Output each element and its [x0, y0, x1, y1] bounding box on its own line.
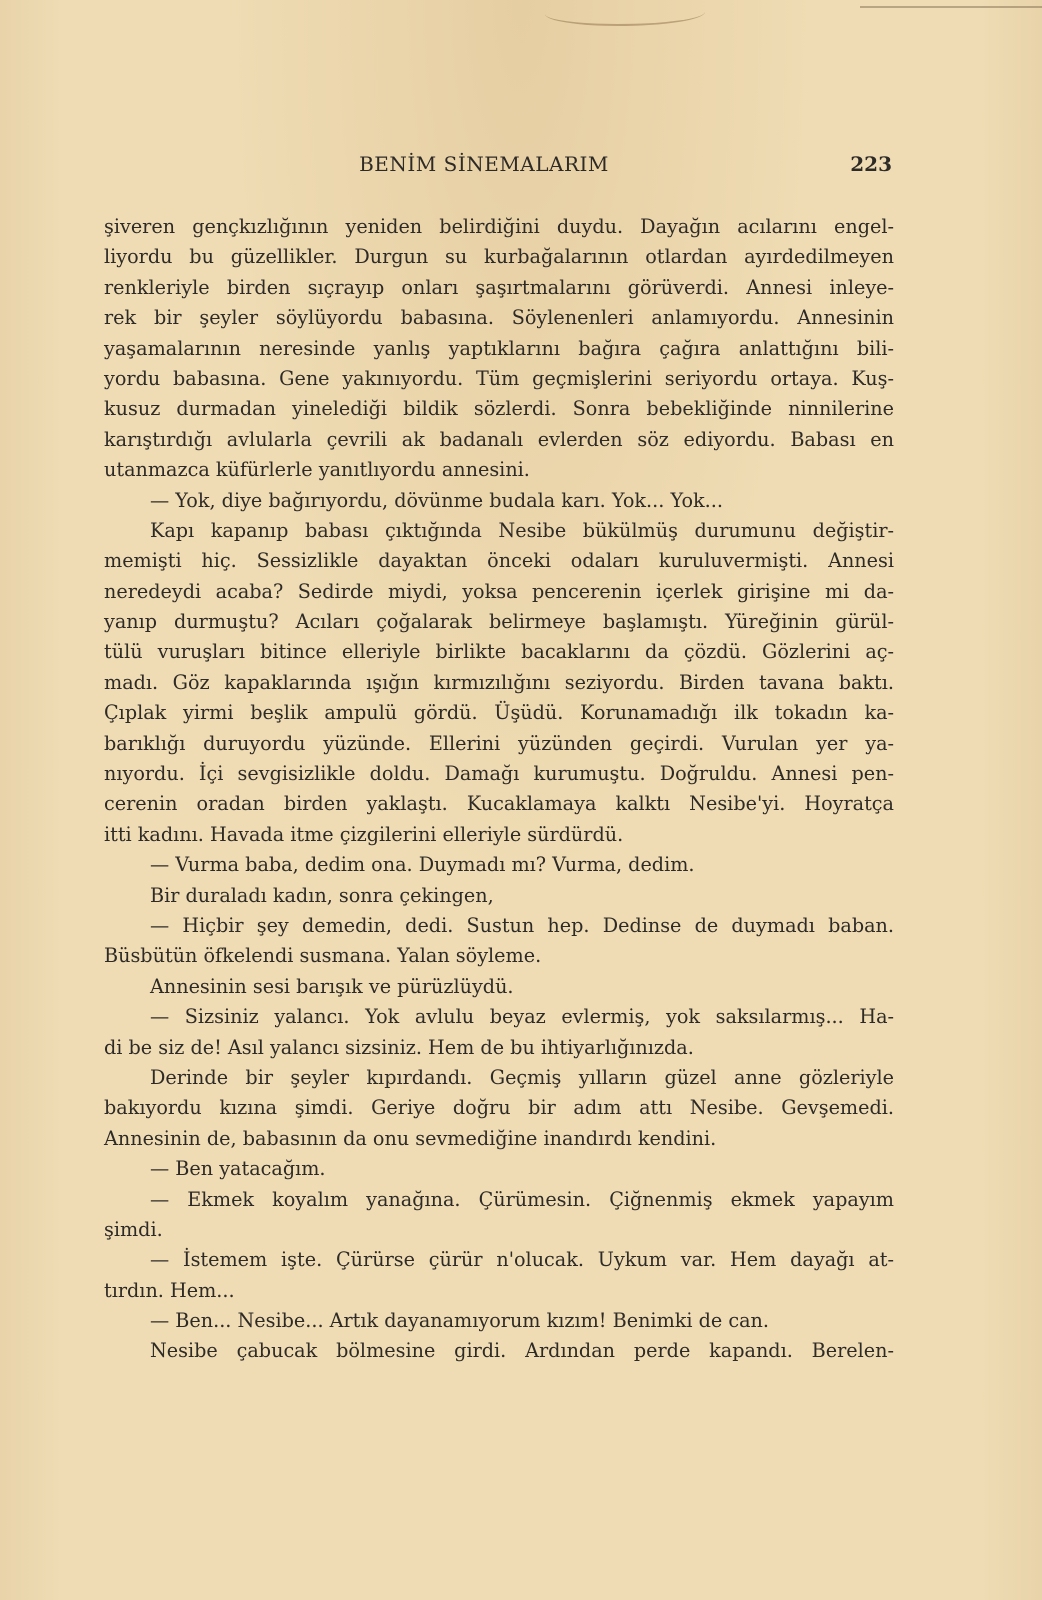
text-line: tülü vuruşları bitince elleriyle birlikt… — [104, 637, 894, 667]
text-line: nıyordu. İçi sevgisizlikle doldu. Damağı… — [104, 759, 894, 789]
text-line: neredeydi acaba? Sedirde miydi, yoksa pe… — [104, 577, 894, 607]
text-line: Derinde bir şeyler kıpırdandı. Geçmiş yı… — [104, 1063, 894, 1093]
text-line: di be siz de! Asıl yalancı sizsiniz. Hem… — [104, 1033, 894, 1063]
running-title: BENİM SİNEMALARIM — [104, 152, 894, 176]
text-line: Annesinin sesi barışık ve pürüzlüydü. — [104, 972, 894, 1002]
running-head: BENİM SİNEMALARIM 223 — [104, 150, 894, 180]
text-line: yordu babasına. Gene yakınıyordu. Tüm ge… — [104, 364, 894, 394]
text-line: yaşamalarının neresinde yanlış yaptıklar… — [104, 334, 894, 364]
text-line: itti kadını. Havada itme çizgilerini ell… — [104, 820, 894, 850]
text-line: Annesinin de, babasının da onu sevmediği… — [104, 1124, 894, 1154]
text-line: utanmazca küfürlerle yanıtlıyordu annesi… — [104, 455, 894, 485]
dialogue-line: — Vurma baba, dedim ona. Duymadı mı? Vur… — [104, 850, 894, 880]
text-line: barıklığı duruyordu yüzünde. Ellerini yü… — [104, 729, 894, 759]
paper-edge-mark — [860, 0, 1042, 8]
text-line: şimdi. — [104, 1215, 894, 1245]
text-line: cerenin oradan birden yaklaştı. Kucaklam… — [104, 789, 894, 819]
dialogue-line: — İstemem işte. Çürürse çürür n'olucak. … — [104, 1245, 894, 1275]
text-line: rek bir şeyler söylüyordu babasına. Söyl… — [104, 303, 894, 333]
page-number: 223 — [850, 152, 892, 176]
text-line: Çıplak yirmi beşlik ampulü gördü. Üşüdü.… — [104, 698, 894, 728]
text-line: Kapı kapanıp babası çıktığında Nesibe bü… — [104, 516, 894, 546]
text-line: Büsbütün öfkelendi susmana. Yalan söylem… — [104, 941, 894, 971]
text-line: madı. Göz kapaklarında ışığın kırmızılığ… — [104, 668, 894, 698]
text-line: Bir duraladı kadın, sonra çekingen, — [104, 881, 894, 911]
text-line: renkleriyle birden sıçrayıp onları şaşır… — [104, 273, 894, 303]
text-line: Nesibe çabucak bölmesine girdi. Ardından… — [104, 1336, 894, 1366]
text-line: yanıp durmuştu? Acıları çoğalarak belirm… — [104, 607, 894, 637]
paper-stain — [545, 0, 705, 26]
text-line: bakıyordu kızına şimdi. Geriye doğru bir… — [104, 1093, 894, 1123]
text-line: kusuz durmadan yinelediği bildik sözlerd… — [104, 394, 894, 424]
text-line: liyordu bu güzellikler. Durgun su kurbağ… — [104, 242, 894, 272]
dialogue-line: — Ekmek koyalım yanağına. Çürümesin. Çiğ… — [104, 1185, 894, 1215]
body-text: şiveren gençkızlığının yeniden belirdiği… — [104, 212, 894, 1367]
dialogue-line: — Yok, diye bağırıyordu, dövünme budala … — [104, 486, 894, 516]
dialogue-line: — Sizsiniz yalancı. Yok avlulu beyaz evl… — [104, 1002, 894, 1032]
text-line: memişti hiç. Sessizlikle dayaktan önceki… — [104, 546, 894, 576]
text-line: şiveren gençkızlığının yeniden belirdiği… — [104, 212, 894, 242]
dialogue-line: — Ben... Nesibe... Artık dayanamıyorum k… — [104, 1306, 894, 1336]
dialogue-line: — Hiçbir şey demedin, dedi. Sustun hep. … — [104, 911, 894, 941]
text-line: tırdın. Hem... — [104, 1276, 894, 1306]
dialogue-line: — Ben yatacağım. — [104, 1154, 894, 1184]
text-line: karıştırdığı avlularla çevrili ak badana… — [104, 425, 894, 455]
